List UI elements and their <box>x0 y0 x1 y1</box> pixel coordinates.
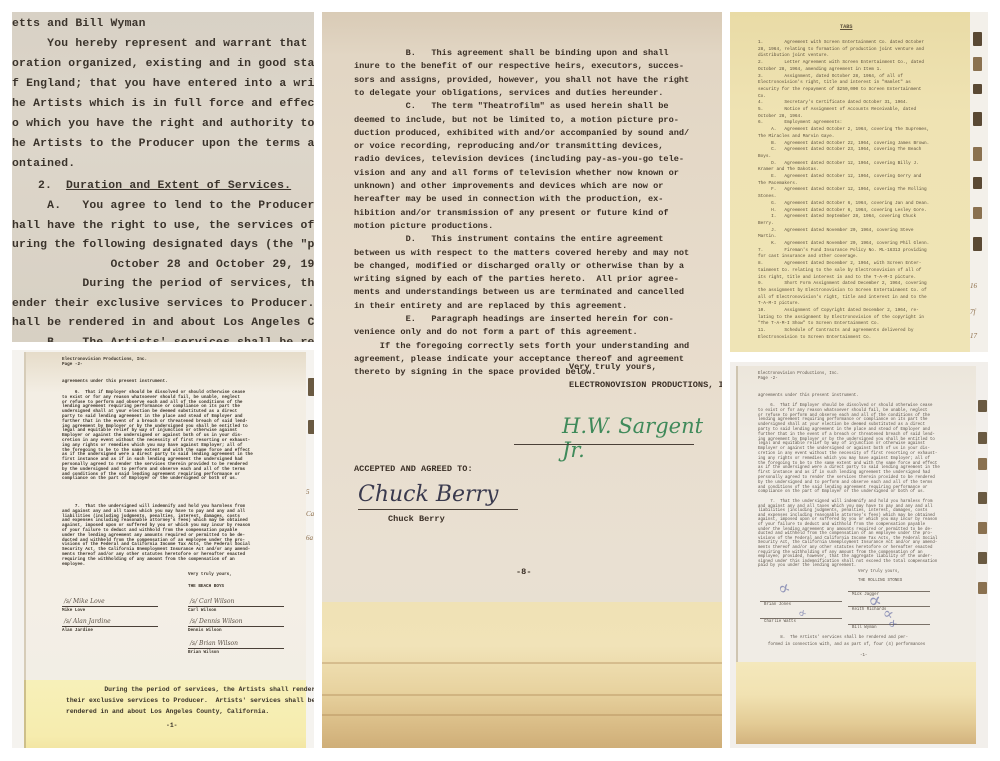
index-line: Electronovision's right, title and inter… <box>758 80 911 85</box>
index-heading: TABS <box>840 24 852 30</box>
index-line: D. Agreement dated October 12, 1964, cov… <box>758 161 919 166</box>
services-line: During the period of services, the Ar <box>12 278 314 290</box>
clause-line: undersigned shall at your election be de… <box>758 423 925 427</box>
index-line: the assignment by Electronovision to Scr… <box>758 288 927 293</box>
index-line: K. Agreement dated November 20, 1964, co… <box>758 241 929 246</box>
clause-line: duction produced, exhibited with and/or … <box>354 128 689 138</box>
index-line: 5. Notice of Assignment of Accounts Rece… <box>758 107 916 112</box>
clause-line: party to said lending agreement in the p… <box>758 428 930 432</box>
index-line: Stones. <box>758 194 776 199</box>
index-line: The Miracles and Marvin Gaye. <box>758 134 834 139</box>
index-line: for cast insurance and other coverage. <box>758 254 858 259</box>
tab-label: 7f <box>970 308 975 316</box>
ink-signature-mark: ∝ <box>884 615 901 634</box>
index-line: E. Agreement dated October 12, 1964, cov… <box>758 174 921 179</box>
warranty-line: etts and Bill Wyman <box>12 18 146 30</box>
index-line: security for the repayment of $250,000 t… <box>758 87 921 92</box>
index-line: 9. Short Form Assignment dated December … <box>758 281 927 286</box>
services-line: A. You agree to lend to the Producer, an <box>12 200 314 212</box>
index-line: J. Agreement dated November 20, 1964, co… <box>758 228 913 233</box>
contract-page: B. This agreement shall be binding upon … <box>322 12 722 602</box>
index-line: Co. <box>758 94 766 99</box>
clause-line: against, imposed upon or suffered by you… <box>758 518 937 522</box>
binder-tab <box>973 32 982 46</box>
group-name: THE BEACH BOYS <box>188 584 224 589</box>
binder-tab <box>973 177 982 189</box>
page-stack-edges <box>736 662 976 744</box>
photo-contract-page-8-chuck-berry: B. This agreement shall be binding upon … <box>322 12 722 748</box>
tab-label: 5 <box>306 488 310 496</box>
binder-tab <box>978 552 987 564</box>
index-line: lating to the assignment by Electronovis… <box>758 315 924 320</box>
index-line: 6. Employment agreements: <box>758 120 842 125</box>
ink-signature-mark: ∝ <box>775 577 794 601</box>
section-heading: Duration and Extent of Services. <box>66 180 291 192</box>
index-line: Electronovision to Screen Entertainment … <box>758 335 871 340</box>
binder-tab <box>973 207 982 219</box>
index-line: "The T-A-M-I Show" to Screen Entertainme… <box>758 321 879 326</box>
clause-line: of your failure to deduct and withhold f… <box>758 523 925 527</box>
index-line: T-A-M-I picture. <box>758 301 800 306</box>
index-line: G. Agreement dated October 6, 1964, cove… <box>758 201 929 206</box>
clause-line: 7. That the undersigned will indemnify a… <box>758 500 932 504</box>
warranty-line: he Artists to the Producer upon the term… <box>12 138 314 150</box>
tab-label: 6a <box>306 534 313 542</box>
index-line: 8. Agreement dated December 2, 1964, wit… <box>758 261 921 266</box>
producer-signature: H.W. Sargent Jr. <box>562 414 722 462</box>
closing-line: Very truly yours, <box>188 572 232 577</box>
index-line: 10. Assignment of Copyright dated Decemb… <box>758 308 919 313</box>
clause-line: B. This agreement shall be binding upon … <box>354 48 669 58</box>
clause-line: under the lending agreement any amounts … <box>758 528 932 532</box>
clause-line: cretion in any event without the necessi… <box>758 452 937 456</box>
services-line: hall have the right to use, the services… <box>12 220 314 232</box>
clause-line: and conditions of the said lending agree… <box>758 486 928 490</box>
warranty-line: o which you have the right and authority… <box>12 118 314 130</box>
services-line: hall be rendered in and about Los Angele… <box>12 317 314 329</box>
index-line: 3. Assignment, dated October 28, 1964, o… <box>758 74 903 79</box>
closing-line: Very truly yours, <box>569 362 657 372</box>
artist-name: Chuck Berry <box>388 514 445 524</box>
page-number: -1- <box>166 722 178 729</box>
binder-tab <box>308 420 314 434</box>
clause-line: by the undersigned and to perform and ob… <box>758 481 932 485</box>
signature-line <box>848 591 930 592</box>
services-line: rendered in and about Los Angeles County… <box>66 708 269 715</box>
page-stack-edges <box>322 602 722 748</box>
signature-line <box>62 626 158 627</box>
clause-line: in their entirety and are replaced by th… <box>354 301 627 311</box>
index-line: F. Agreement dated October 12, 1964, cov… <box>758 187 927 192</box>
index-line: Martin. <box>758 234 776 239</box>
clause-line: liabilities (including judgments, penalt… <box>758 509 928 513</box>
index-line: C. Agreement dated October 23, 1964, cov… <box>758 147 921 152</box>
clause-line: deemed to include, but not be limited to… <box>354 115 679 125</box>
services-line: October 28 and October 29, 1964 <box>12 259 314 271</box>
clause-line: unknown) and other improvements and devi… <box>354 181 663 191</box>
index-line: distribution joint venture. <box>758 53 829 58</box>
clause-line: ing any rights or remedies which you may… <box>758 457 930 461</box>
binder-tab <box>973 57 982 71</box>
index-line: H. Agreement dated October 6, 1964, cove… <box>758 208 927 213</box>
intro-line: agreements under this present instrument… <box>758 394 859 398</box>
clause-line: Employer or against the undersigned or a… <box>758 447 930 451</box>
index-line: Kramer and The Dakotas. <box>758 167 819 172</box>
tab-label: 17 <box>970 332 977 340</box>
closing-line: Very truly yours, <box>858 570 900 574</box>
clause-line: radio devices, television devices (inclu… <box>354 154 684 164</box>
tab-label: 16 <box>970 282 977 290</box>
member-signature: /s/ Alan Jardine <box>64 618 111 625</box>
clause-line: or refuse to perform and observe each an… <box>758 414 930 418</box>
index-line: its right, title and interest in and to … <box>758 275 916 280</box>
binder-tab <box>973 147 982 161</box>
index-line: I. Agreement dated September 28, 1964, c… <box>758 214 916 219</box>
index-line: 4. Secretary's Certificate dated October… <box>758 100 908 105</box>
accepted-label: ACCEPTED AND AGREED TO: <box>354 464 473 474</box>
header-page: Page -2- <box>758 377 778 381</box>
clause-line: as if the undersigned were a direct part… <box>758 466 940 470</box>
clause-line: and against any and all taxes which you … <box>758 505 932 509</box>
underlying-page: During the period of services, the Artis… <box>24 680 306 748</box>
member-name: Charlie Watts <box>764 620 796 624</box>
binder-tab <box>978 458 987 470</box>
clause-line: ments and understandings between us are … <box>354 287 684 297</box>
clause-line: legal and equitable relief by way of inj… <box>758 442 925 446</box>
clause-line: between us with respect to the matters c… <box>354 248 689 258</box>
clause-line: C. The term "Theatrofilm" as used herein… <box>354 101 669 111</box>
binder-tab <box>978 582 987 594</box>
clause-line: 6. That if Employer should be dissolved … <box>758 404 932 408</box>
warranty-line: ontained. <box>12 158 75 170</box>
clause-line: requiring the withholding of any amount … <box>758 551 923 555</box>
member-name: Brian Jones <box>764 603 791 607</box>
member-signature: /s/ Brian Wilson <box>190 640 238 647</box>
index-line: B. Agreement dated October 22, 1964, cov… <box>758 141 929 146</box>
signature-line <box>188 606 284 607</box>
warranty-line: he Artists which is in full force and ef… <box>12 98 314 110</box>
index-line: 7. Fireman's Fund Insurance Policy No. M… <box>758 248 927 253</box>
photo-tabs-index-page: TABS 1. Agreement with Screen Entertainm… <box>730 12 988 352</box>
photo-beach-boys-agreement: Electronovision Productions, Inc. Page -… <box>12 350 314 748</box>
binder-tab <box>978 400 987 412</box>
index-line: Boys. <box>758 154 771 159</box>
clause-line: 8. The Artists' services shall be render… <box>768 636 908 640</box>
index-line: A. Agreement dated October 2, 1964, cove… <box>758 127 929 132</box>
intro-line: agreements under this present instrument… <box>62 379 168 384</box>
clause-line: inure to the benefit of our respective h… <box>354 61 684 71</box>
index-page: TABS 1. Agreement with Screen Entertainm… <box>730 12 970 352</box>
warranty-line: f England; that you have entered into a … <box>12 78 314 90</box>
index-line: all of Electronovision's right, title an… <box>758 295 927 300</box>
clause-line: personally agreed to render the services… <box>758 476 935 480</box>
index-line: 2. Letter Agreement with Screen Entertai… <box>758 60 924 65</box>
group-name: THE ROLLING STONES <box>858 579 902 583</box>
signature-line <box>514 444 694 445</box>
clause-line: vision and any and all forms of televisi… <box>354 168 679 178</box>
clause-line: venience only and do not form a part of … <box>354 327 638 337</box>
services-line: their exclusive services to Producer. Ar… <box>66 697 314 704</box>
clause-line: hibition and/or transmission of any pres… <box>354 208 669 218</box>
binder-tab <box>973 84 982 94</box>
photo-rolling-stones-agreement: Electronovision Productions, Inc. Page -… <box>730 362 988 748</box>
clause-line: writing signed by each of the parties he… <box>354 274 679 284</box>
header-page: Page -2- <box>62 362 83 367</box>
clause-line: ments thereof and/or any other statutes … <box>758 546 932 550</box>
member-name: Alan Jardine <box>62 628 93 633</box>
clause-line: requiring the withholding of any amount … <box>62 557 235 562</box>
member-name: Brian Wilson <box>188 650 219 655</box>
header-company: Electronovision Productions, Inc. <box>758 372 839 376</box>
member-signature: /s/ Dennis Wilson <box>190 618 242 625</box>
warranty-line: oration organized, existing and in good … <box>12 58 314 70</box>
signature-line <box>358 509 518 510</box>
clause-line: ducted and withheld from the compensatio… <box>758 532 932 536</box>
member-name: Dennis Wilson <box>188 628 222 633</box>
index-line: Berry. <box>758 221 774 226</box>
clause-line: further that in the event of a breach or… <box>758 433 935 437</box>
index-line: 28, 1964, relating to formation of produ… <box>758 47 924 52</box>
clause-line: If the foregoing correctly sets forth yo… <box>354 341 689 351</box>
clause-line: to delegate your obligations, services a… <box>354 88 663 98</box>
member-signature: /s/ Mike Love <box>64 598 105 605</box>
company-name: ELECTRONOVISION PRODUCTIONS, INC. <box>569 380 722 390</box>
clause-line: lending agreement requiring performance … <box>758 418 928 422</box>
signature-line <box>62 606 158 607</box>
clause-line: motion picture productions. <box>354 221 493 231</box>
binder-tab <box>978 522 987 534</box>
member-name: Carl Wilson <box>188 608 216 613</box>
clause-line: employee. <box>62 562 85 567</box>
clause-line: sors and assigns, provided, however, you… <box>354 75 689 85</box>
section-number: 2. <box>38 180 52 192</box>
services-line: ender their exclusive services to Produc… <box>12 298 314 310</box>
index-line: 11. Schedule of Contracts and agreements… <box>758 328 913 333</box>
binder-tab <box>978 432 987 444</box>
clause-line: E. Paragraph headings are inserted herei… <box>354 314 674 324</box>
services-line: During the period of services, the Artis… <box>66 686 314 693</box>
member-name: Mike Love <box>62 608 85 613</box>
services-line: uring the following designated days (the… <box>12 239 314 251</box>
clause-line: to exist or for any reason whatsoever sh… <box>758 409 928 413</box>
page-number: -8- <box>516 567 531 577</box>
index-line: tainment Co. relating to the sale by Ele… <box>758 268 921 273</box>
page-number: -1- <box>860 654 867 658</box>
artist-signature: Chuck Berry <box>358 482 498 507</box>
clause-line: paid by you under the lending agreement. <box>758 564 856 568</box>
photo-contract-closeup-warranty: etts and Bill Wyman You hereby represent… <box>12 12 314 342</box>
clause-line: compliance on the part of Employer or th… <box>758 490 925 494</box>
index-line: 1. Agreement with Screen Entertainment C… <box>758 40 924 45</box>
binder-tab <box>978 492 987 504</box>
index-line: The Pacemakers. <box>758 181 798 186</box>
binder-tab <box>973 237 982 251</box>
clause-line: Security Act, the California Unemploymen… <box>758 541 937 545</box>
clause-line: hereafter may be used in connection with… <box>354 194 663 204</box>
clause-line: be changed, modified or discharged orall… <box>354 261 684 271</box>
clause-line: first instance and as if in such lending… <box>758 471 930 475</box>
clause-line: ing agreement by Employer or by the unde… <box>758 438 935 442</box>
warranty-line: You hereby represent and warrant that yo… <box>12 38 314 50</box>
clause-line: or voice recording, reproducing and/or t… <box>354 141 663 151</box>
clause-line: D. This instrument contains the entire a… <box>354 234 663 244</box>
clause-line: formed in connection with, and as part o… <box>768 643 925 647</box>
member-signature: /s/ Carl Wilson <box>190 598 234 605</box>
clause-line: thereto by signing in the space provided… <box>354 367 596 377</box>
signature-line <box>760 601 842 602</box>
signature-line <box>188 626 284 627</box>
binder-tab <box>973 112 982 126</box>
index-line: October 28, 1964, amending agreement in … <box>758 67 882 72</box>
member-name: Bill Wyman <box>852 626 877 630</box>
index-line: October 28, 1964. <box>758 114 803 119</box>
tab-label: Ca <box>306 510 314 518</box>
services-line: B. The Artists' services shall be render <box>12 337 314 343</box>
agreement-page: Electronovision Productions, Inc. Page -… <box>736 366 976 666</box>
clause-line: compliance on the part of Employer or th… <box>62 476 237 481</box>
clause-line: the foregoing to be to the same extent a… <box>758 462 937 466</box>
clause-line: employee; provided, however, that the ag… <box>758 555 932 559</box>
signature-line <box>188 648 284 649</box>
binder-tab <box>308 378 314 396</box>
